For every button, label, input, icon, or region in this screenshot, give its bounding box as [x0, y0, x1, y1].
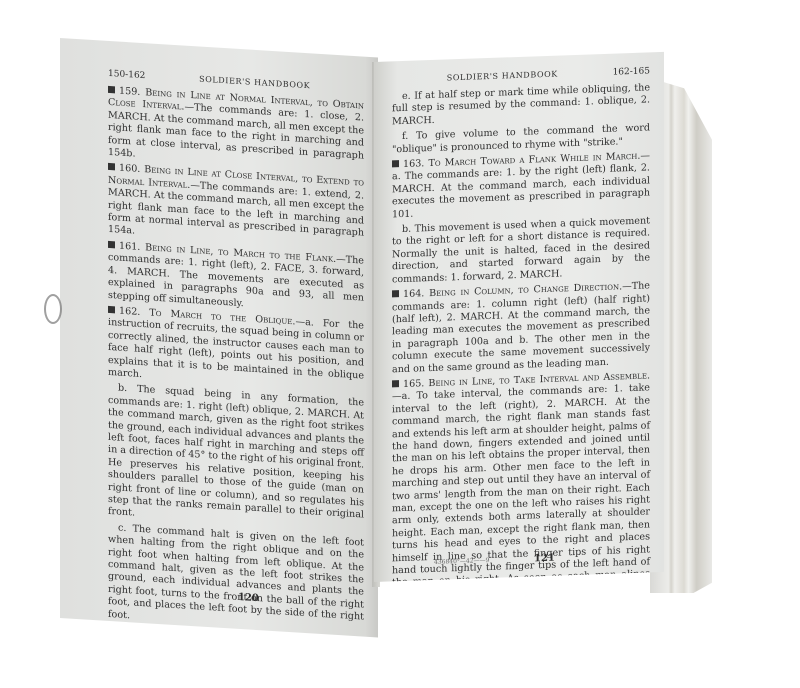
paragraph-marker-icon	[392, 380, 399, 387]
paragraph-marker-icon	[108, 163, 115, 170]
left-running-title: SOLDIER'S HANDBOOK	[199, 75, 310, 91]
paragraph-160: 160. Being in Line at Close Interval, to…	[108, 162, 364, 252]
paragraph-162a: 162. To March to the Oblique.—a. For the…	[108, 305, 364, 395]
left-page-range: 150-162	[108, 69, 145, 81]
paragraph-162b: b. The squad being in any formation, the…	[108, 382, 364, 534]
left-page-number: 120	[238, 592, 259, 604]
paragraph-162c: c. The command halt is given on the left…	[108, 522, 364, 637]
paragraph-164: 164. Being in Column, to Change Directio…	[392, 280, 650, 376]
paragraph-marker-icon	[108, 241, 115, 248]
paragraph-163a: 163. To March Toward a Flank While in Ma…	[392, 150, 650, 221]
paragraph-162e: e. If at half step or mark time while ob…	[392, 82, 650, 128]
right-page-range: 162-165	[613, 66, 650, 77]
open-book-photo: 150-162 SOLDIER'S HANDBOOK 159. Being in…	[0, 0, 800, 688]
right-page: SOLDIER'S HANDBOOK 162-165 e. If at half…	[374, 52, 664, 582]
paragraph-163b: b. This movement is used when a quick mo…	[392, 215, 650, 286]
paragraph-161: 161. Being in Line, to March to the Flan…	[108, 240, 364, 318]
paragraph-159: 159. Being in Line at Normal Interval, t…	[108, 85, 364, 175]
pencil-circle-annotation	[44, 294, 62, 324]
paragraph-marker-icon	[108, 86, 115, 93]
paragraph-marker-icon	[392, 290, 399, 297]
paragraph-marker-icon	[108, 306, 115, 313]
paragraph-165: 165. Being in Line, to Take Interval and…	[392, 370, 650, 582]
right-running-head: SOLDIER'S HANDBOOK 162-165	[392, 66, 650, 85]
paragraph-marker-icon	[392, 160, 399, 167]
left-page: 150-162 SOLDIER'S HANDBOOK 159. Being in…	[60, 38, 378, 637]
right-running-title: SOLDIER'S HANDBOOK	[447, 70, 558, 83]
right-page-number: 121	[534, 553, 555, 565]
